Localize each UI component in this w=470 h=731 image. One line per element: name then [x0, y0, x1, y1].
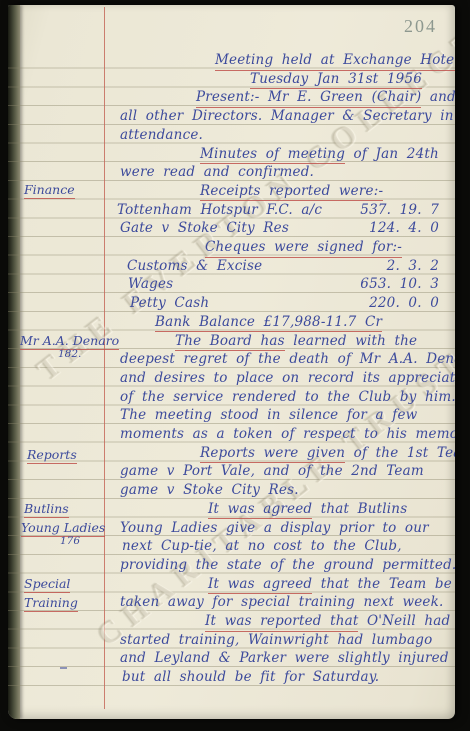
underlined-text: Meeting held at Exchange Hotel.	[215, 52, 455, 71]
amount-text: 124. 4. 0	[369, 219, 439, 238]
manuscript-line: It was agreed that Butlins	[208, 500, 407, 519]
line-text: were read and confirmed.	[120, 164, 314, 180]
line-text: learned with the	[285, 333, 418, 349]
margin-note-young-ladies-ref: 176	[60, 535, 80, 547]
line-text: attendance.	[120, 127, 203, 143]
line-text: deepest regret of the death of Mr A.A. D…	[120, 351, 455, 367]
margin-note-denaro: Mr A.A. Denaro	[20, 333, 119, 348]
manuscript-line: The meeting stood in silence for a few	[120, 406, 417, 425]
manuscript-line: It was reported that O'Neill had	[205, 612, 450, 631]
margin-rule-line	[104, 7, 105, 709]
line-text: game v Stoke City Res.	[120, 482, 299, 498]
manuscript-line: and Leyland & Parker were slightly injur…	[120, 649, 449, 668]
ledger-page: THE EVERTON COLLECTION CHARITABLE TRUST …	[8, 5, 455, 719]
margin-note-denaro-ref: 182.	[58, 348, 81, 360]
line-text: all other Directors. Manager & Secretary…	[120, 108, 454, 124]
manuscript-line: Gate v Stoke City Res124. 4. 0	[120, 219, 439, 238]
photo-background: THE EVERTON COLLECTION CHARITABLE TRUST …	[0, 0, 470, 731]
manuscript-line: of the service rendered to the Club by h…	[120, 388, 455, 407]
manuscript-line: Present:- Mr E. Green (Chair) and	[196, 88, 455, 107]
line-text: that Butlins	[312, 501, 407, 517]
underlined-text: It was reported that	[205, 613, 358, 632]
line-text: The meeting stood in silence for a few	[120, 407, 417, 423]
line-text: Petty Cash	[130, 295, 209, 311]
line-text: taken away for special training next wee…	[120, 594, 443, 610]
manuscript-line: Cheques were signed for:-	[205, 238, 402, 257]
margin-note-special: Special	[24, 576, 70, 591]
manuscript-line: Tottenham Hotspur F.C. a/c537. 19. 7	[117, 201, 439, 220]
page-number-stamp: 204	[404, 16, 437, 37]
line-text: of the service rendered to the Club by h…	[120, 389, 455, 405]
line-text: that the Team be	[312, 576, 452, 592]
underlined-text: Bank Balance £17,988-11.7 Cr	[155, 314, 382, 333]
margin-note-label: Finance	[24, 182, 75, 199]
line-text: providing the state of the ground permit…	[120, 557, 455, 573]
amount-text: 220. 0. 0	[369, 294, 439, 313]
amount-text: 653. 10. 3	[360, 275, 439, 294]
manuscript-line: Tuesday Jan 31st 1956	[250, 70, 422, 89]
amount-text: 2. 3. 2	[387, 257, 439, 276]
manuscript-line: Petty Cash220. 0. 0	[130, 294, 439, 313]
line-text: game v Port Vale, and of the 2nd Team	[120, 463, 424, 479]
line-text: and	[421, 89, 455, 105]
manuscript-line: providing the state of the ground permit…	[120, 556, 455, 575]
manuscript-line: Receipts reported were:-	[200, 182, 383, 201]
manuscript-line: next Cup-tie, at no cost to the Club,	[122, 537, 402, 556]
underlined-text: It was agreed	[208, 576, 312, 595]
manuscript-line: Minutes of meeting of Jan 24th	[200, 145, 439, 164]
line-text: Gate v Stoke City Res	[120, 220, 289, 236]
line-text: Customs & Excise	[127, 258, 262, 274]
line-text: Young Ladies give a display prior to our	[120, 520, 429, 536]
margin-note-label: Reports	[27, 447, 77, 464]
line-text: Wages	[128, 276, 173, 292]
line-text: but all should be fit for Saturday.	[122, 669, 379, 685]
amount-text: 537. 19. 7	[360, 201, 439, 220]
line-text: of Jan 24th	[345, 146, 439, 162]
margin-note-training: Training	[24, 595, 78, 610]
line-text: O'Neill had	[358, 613, 450, 629]
margin-note-label: Butlins	[24, 501, 69, 518]
manuscript-line: started training, Wainwright had lumbago	[120, 631, 432, 650]
stray-pen-mark	[60, 667, 67, 669]
underlined-text: Tuesday Jan 31st 1956	[250, 71, 422, 90]
manuscript-line: Wages653. 10. 3	[128, 275, 439, 294]
margin-note-finance: Finance	[24, 182, 75, 197]
manuscript-line: but all should be fit for Saturday.	[122, 668, 379, 687]
manuscript-line: moments as a token of respect to his mem…	[120, 425, 455, 444]
margin-note-butlins: Butlins	[24, 501, 69, 516]
manuscript-line: all other Directors. Manager & Secretary…	[120, 107, 454, 126]
margin-note-label: Training	[24, 595, 78, 612]
manuscript-line: game v Stoke City Res.	[120, 481, 299, 500]
line-text: moments as a token of respect to his mem…	[120, 426, 455, 442]
underlined-text: Reports were given	[200, 445, 345, 464]
manuscript-line: game v Port Vale, and of the 2nd Team	[120, 462, 424, 481]
manuscript-line: Bank Balance £17,988-11.7 Cr	[155, 313, 382, 332]
manuscript-line: Meeting held at Exchange Hotel.	[215, 51, 455, 70]
manuscript-line: Reports were given of the 1st Team	[200, 444, 455, 463]
manuscript-line: Young Ladies give a display prior to our	[120, 519, 429, 538]
line-text: of the 1st Team	[345, 445, 455, 461]
line-text: started training, Wainwright had lumbago	[120, 632, 432, 648]
underlined-text: Cheques were signed for:-	[205, 239, 402, 258]
manuscript-line: and desires to place on record its appre…	[120, 369, 455, 388]
line-text: next Cup-tie, at no cost to the Club,	[122, 538, 402, 554]
manuscript-line: were read and confirmed.	[120, 163, 314, 182]
underlined-text: Minutes of meeting	[200, 146, 345, 165]
line-text: Tottenham Hotspur F.C. a/c	[117, 202, 322, 218]
margin-note-reports: Reports	[27, 447, 77, 462]
underlined-text: Present:- Mr E. Green (Chair)	[196, 89, 421, 108]
manuscript-line: taken away for special training next wee…	[120, 593, 443, 612]
line-text: and desires to place on record its appre…	[120, 370, 455, 386]
underlined-text: It was agreed	[208, 501, 312, 520]
manuscript-line: deepest regret of the death of Mr A.A. D…	[120, 350, 455, 369]
manuscript-line: The Board has learned with the	[175, 332, 417, 351]
underlined-text: The Board has	[175, 333, 285, 352]
manuscript-line: It was agreed that the Team be	[208, 575, 452, 594]
underlined-text: Receipts reported were:-	[200, 183, 383, 202]
margin-note-label: Special	[24, 576, 70, 593]
manuscript-line: attendance.	[120, 126, 203, 145]
margin-note-young-ladies: Young Ladies	[21, 520, 105, 535]
book-spine-edge	[8, 5, 20, 719]
line-text: and Leyland & Parker were slightly injur…	[120, 650, 449, 666]
manuscript-line: Customs & Excise2. 3. 2	[127, 257, 439, 276]
